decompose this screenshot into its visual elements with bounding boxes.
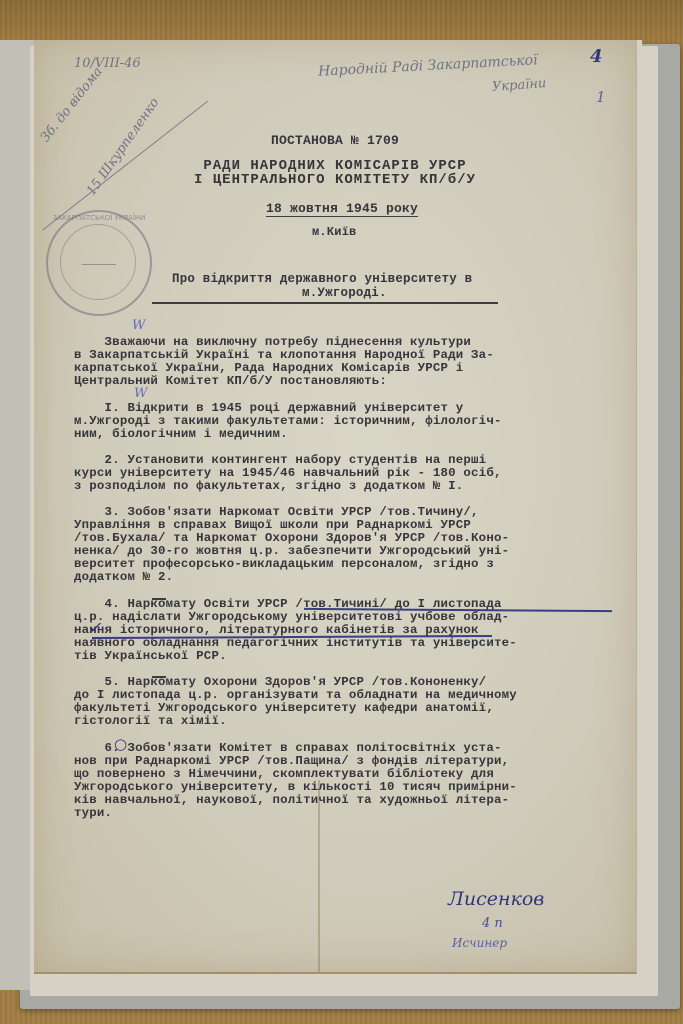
clause-line: ків навчальної, наукової, політичної та … — [74, 794, 509, 807]
archive-sheet-number: 1 — [596, 88, 606, 106]
pencil-note-addressee: Народній Раді Закарпатської — [318, 52, 538, 79]
signature-note-2: Исчинер — [452, 936, 507, 950]
subject-line-1: Про відкриття державного університету в — [172, 273, 472, 286]
clause-line: тів Української РСР. — [74, 650, 227, 663]
round-seal-stamp: ЗАКАРПАТСЬКОЇ УКРАЇНИ — [46, 210, 152, 316]
margin-checkmark-icon: ✓ — [88, 618, 101, 637]
seal-inner-ring — [60, 224, 136, 300]
decree-place: м.Київ — [312, 226, 356, 239]
decree-date-text: 18 жовтня 1945 року — [266, 201, 418, 217]
fold-crease — [318, 780, 320, 972]
clause-5-dash — [152, 676, 166, 678]
clause-4-dash — [152, 598, 166, 600]
pencil-note-addressee-2: України — [492, 76, 547, 95]
clause-line: додатком № 2. — [74, 571, 173, 584]
clause-line: з розподілом по факультетах, згідно з до… — [74, 480, 463, 493]
pencil-note-date: 10/VIII-46 — [74, 56, 141, 71]
signature: Лисенков — [448, 888, 544, 910]
margin-mark-w-icon: W — [132, 318, 145, 333]
signature-note-1: 4 п — [482, 916, 503, 931]
issuer-line-2: І ЦЕНТРАЛЬНОГО КОМІТЕТУ КП/б/У — [34, 174, 636, 187]
document-sheet: ПОСТАНОВА № 1709 РАДИ НАРОДНИХ КОМІСАРІВ… — [34, 40, 637, 974]
margin-mark-w-icon: W — [134, 386, 147, 401]
seal-text: ЗАКАРПАТСЬКОЇ УКРАЇНИ — [48, 214, 150, 222]
clause-line: гістології та хімії. — [74, 715, 227, 728]
margin-circle-mark-icon: ○ — [114, 735, 127, 753]
decree-date: 18 жовтня 1945 року — [266, 202, 418, 215]
clause-line: тури. — [74, 807, 112, 820]
archive-folio-number: 4 — [590, 46, 603, 67]
preamble-line: Центральний Комітет КП/б/У постановляють… — [74, 375, 387, 388]
subject-underline — [152, 302, 498, 304]
seal-center-line — [82, 264, 116, 265]
subject-line-2: м.Ужгороді. — [302, 287, 387, 300]
clause-line: ним, біологічним і медичним. — [74, 428, 288, 441]
